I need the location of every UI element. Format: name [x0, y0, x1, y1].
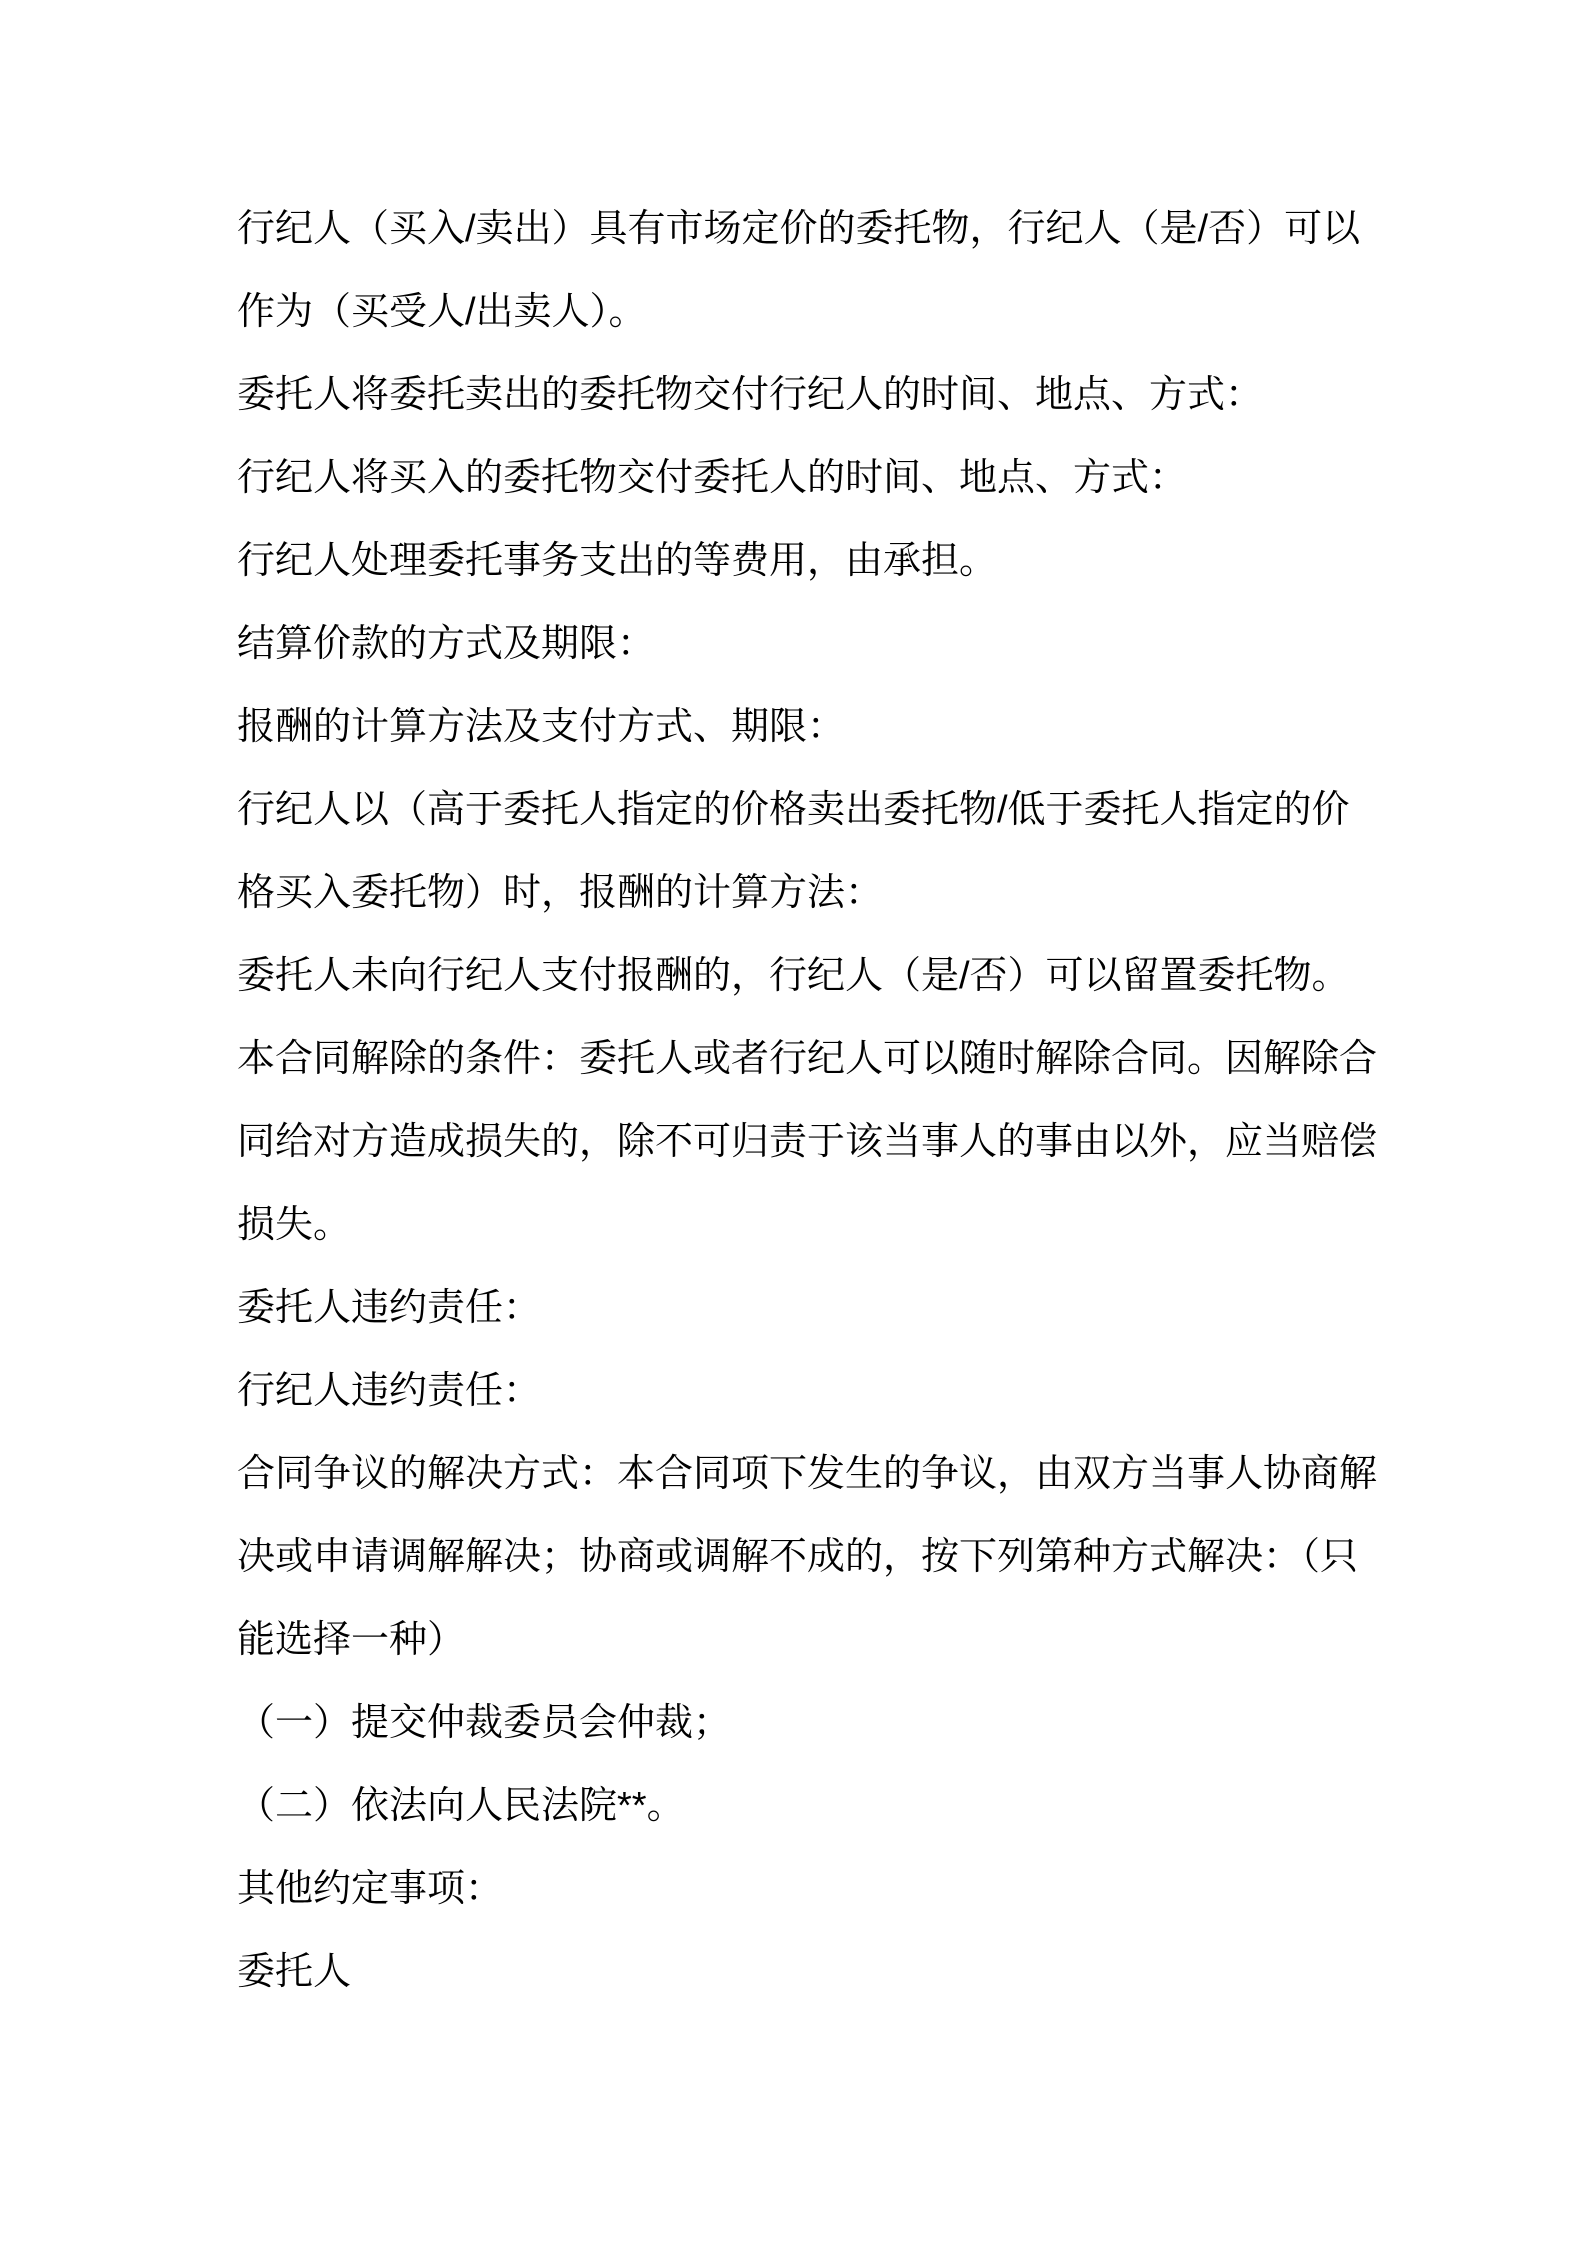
- text-line: 作为（买受人/出卖人）。: [237, 271, 1352, 354]
- contract-text-block: 行纪人（买入/卖出）具有市场定价的委托物，行纪人（是/否）可以作为（买受人/出卖…: [237, 188, 1352, 2014]
- text-line: 结算价款的方式及期限：: [237, 603, 1352, 686]
- text-line: 报酬的计算方法及支付方式、期限：: [237, 686, 1352, 769]
- text-line: （二）依法向人民法院**。: [237, 1765, 1352, 1848]
- text-line: 损失。: [237, 1184, 1352, 1267]
- text-line: 同给对方造成损失的，除不可归责于该当事人的事由以外，应当赔偿: [237, 1101, 1352, 1184]
- text-line: 委托人未向行纪人支付报酬的，行纪人（是/否）可以留置委托物。: [237, 935, 1352, 1018]
- text-line: 行纪人处理委托事务支出的等费用，由承担。: [237, 520, 1352, 603]
- text-line: 格买入委托物）时，报酬的计算方法：: [237, 852, 1352, 935]
- text-line: 其他约定事项：: [237, 1848, 1352, 1931]
- text-line: 委托人: [237, 1931, 1352, 2014]
- text-line: （一）提交仲裁委员会仲裁；: [237, 1682, 1352, 1765]
- text-line: 委托人将委托卖出的委托物交付行纪人的时间、地点、方式：: [237, 354, 1352, 437]
- text-line: 能选择一种）: [237, 1599, 1352, 1682]
- text-line: 行纪人违约责任：: [237, 1350, 1352, 1433]
- text-line: 决或申请调解解决；协商或调解不成的，按下列第种方式解决：（只: [237, 1516, 1352, 1599]
- text-line: 委托人违约责任：: [237, 1267, 1352, 1350]
- text-line: 本合同解除的条件：委托人或者行纪人可以随时解除合同。因解除合: [237, 1018, 1352, 1101]
- text-line: 行纪人将买入的委托物交付委托人的时间、地点、方式：: [237, 437, 1352, 520]
- text-line: 合同争议的解决方式：本合同项下发生的争议，由双方当事人协商解: [237, 1433, 1352, 1516]
- text-line: 行纪人（买入/卖出）具有市场定价的委托物，行纪人（是/否）可以: [237, 188, 1352, 271]
- document-page: 行纪人（买入/卖出）具有市场定价的委托物，行纪人（是/否）可以作为（买受人/出卖…: [0, 0, 1586, 2244]
- text-line: 行纪人以（高于委托人指定的价格卖出委托物/低于委托人指定的价: [237, 769, 1352, 852]
